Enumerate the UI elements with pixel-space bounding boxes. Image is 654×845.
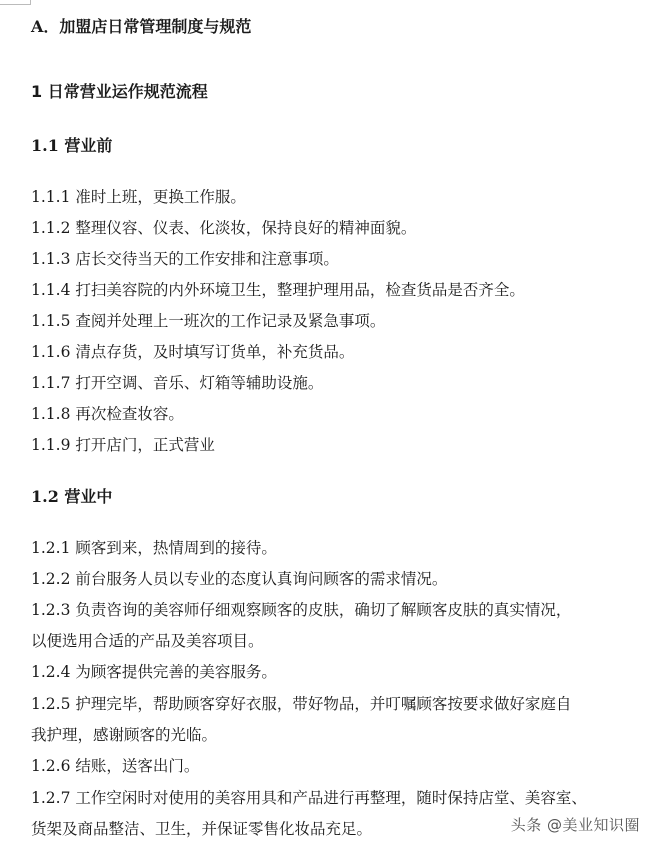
list-item: 1.1.1 准时上班，更换工作服。 — [31, 187, 246, 207]
list-item: 1.1.5 查阅并处理上一班次的工作记录及紧急事项。 — [31, 311, 385, 331]
list-item: 1.2.2 前台服务人员以专业的态度认真询问顾客的需求情况。 — [31, 569, 447, 589]
page-corner-mark — [0, 0, 31, 5]
list-item-continuation: 货架及商品整洁、卫生，并保证零售化妆品充足。 — [31, 819, 372, 839]
source-watermark: 头条 @美业知识圈 — [511, 814, 640, 835]
subsection-heading-before-business: 1.1 营业前 — [31, 136, 112, 156]
list-item: 1.2.3 负责咨询的美容师仔细观察顾客的皮肤，确切了解顾客皮肤的真实情况， — [31, 600, 571, 620]
document-title: A．加盟店日常管理制度与规范 — [31, 17, 251, 37]
list-item: 1.1.8 再次检查妆容。 — [31, 404, 184, 424]
list-item: 1.1.6 清点存货，及时填写订货单，补充货品。 — [31, 342, 354, 362]
list-item-continuation: 我护理，感谢顾客的光临。 — [31, 725, 217, 745]
list-item-continuation: 以便选用合适的产品及美容项目。 — [31, 631, 264, 651]
section-heading: 1 日常营业运作规范流程 — [31, 82, 208, 102]
list-item: 1.1.4 打扫美容院的内外环境卫生，整理护理用品，检查货品是否齐全。 — [31, 280, 525, 300]
list-item: 1.1.9 打开店门，正式营业 — [31, 435, 215, 455]
list-item: 1.1.7 打开空调、音乐、灯箱等辅助设施。 — [31, 373, 323, 393]
list-item: 1.2.7 工作空闲时对使用的美容用具和产品进行再整理，随时保持店堂、美容室、 — [31, 788, 587, 808]
list-item: 1.2.4 为顾客提供完善的美容服务。 — [31, 662, 277, 682]
list-item: 1.1.2 整理仪容、仪表、化淡妆，保持良好的精神面貌。 — [31, 218, 416, 238]
subsection-heading-during-business: 1.2 营业中 — [31, 487, 112, 507]
list-item: 1.2.1 顾客到来，热情周到的接待。 — [31, 538, 277, 558]
list-item: 1.2.5 护理完毕，帮助顾客穿好衣服，带好物品，并叮嘱顾客按要求做好家庭自 — [31, 694, 571, 714]
list-item: 1.1.3 店长交待当天的工作安排和注意事项。 — [31, 249, 339, 269]
list-item: 1.2.6 结账，送客出门。 — [31, 756, 199, 776]
